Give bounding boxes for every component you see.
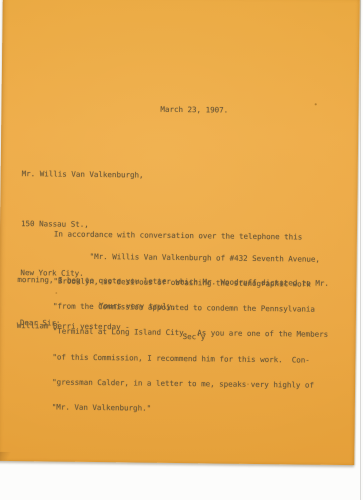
signature: Sec'y bbox=[183, 332, 206, 341]
quoted-line3: "from the Commission appointed to condem… bbox=[53, 303, 329, 315]
paper-corner-fold bbox=[0, 452, 13, 461]
quoted-line2: "Brooklyn, is desirous of obtaining the … bbox=[53, 278, 329, 290]
recipient-name: Mr. Willis Van Valkenburgh, bbox=[22, 166, 144, 184]
scanned-letter-screen: March 23, 1907. Mr. Willis Van Valkenbur… bbox=[0, 0, 363, 500]
closing: Yours very truly, bbox=[99, 301, 176, 311]
quoted-line1: "Mr. Willis Van Valkenburgh of #432 Seve… bbox=[54, 252, 330, 264]
scanner-edge-line bbox=[360, 0, 361, 500]
quoted-line5: "of this Commission, I recommend him for… bbox=[52, 353, 328, 365]
quoted-line7: "Mr. Van Valkenburgh." bbox=[52, 404, 328, 416]
quoted-line6: "gressman Calder, in a letter to me, spe… bbox=[52, 378, 328, 390]
letter-date: March 23, 1907. bbox=[160, 105, 228, 115]
letter-paper: March 23, 1907. Mr. Willis Van Valkenbur… bbox=[0, 0, 360, 465]
